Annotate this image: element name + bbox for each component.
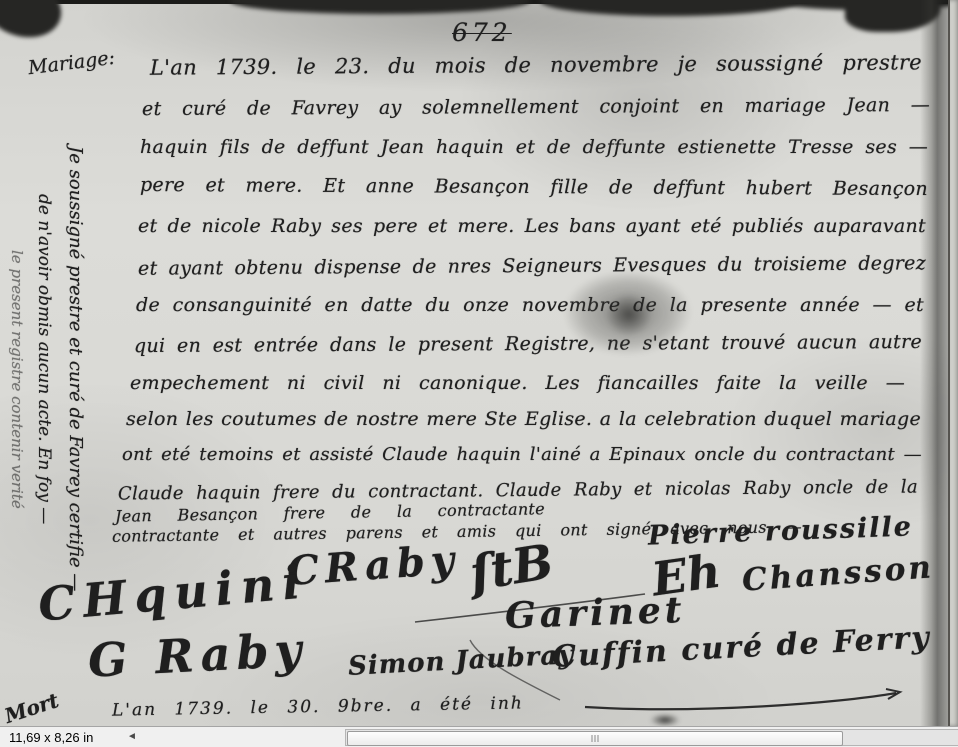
status-bar: 11,69 x 8,26 in ◄ (0, 726, 958, 747)
record-line: qui en est entrée dans le present Regist… (134, 327, 922, 361)
signature-paraph: ſtB (466, 534, 557, 602)
record-line: ont eté temoins et assisté Claude haquin… (122, 440, 922, 470)
horizontal-scrollbar-track[interactable] (345, 729, 958, 746)
next-entry-line: L'an 1739. le 30. 9bre. a été inh (112, 693, 524, 720)
record-line: et de nicole Raby ses pere et mere. Les … (138, 211, 926, 241)
record-line: et curé de Favrey ay solemnellement conj… (142, 90, 930, 124)
margin-note-col3: le present registre contenir verité (8, 250, 26, 509)
record-line: pere et mere. Et anne Besançon fille de … (140, 170, 928, 204)
margin-note-mort: Mort (2, 688, 62, 728)
torn-corner-left (0, 0, 69, 47)
margin-note-col2: de n'avoir obmis aucun acte. En foy — (34, 194, 54, 524)
scan-canvas[interactable]: 672 Mariage: L'an 1739. le 23. du mois d… (0, 0, 958, 726)
record-line: L'an 1739. le 23. du mois de novembre je… (150, 47, 922, 82)
record-line: selon les coutumes de nostre mere Ste Eg… (126, 404, 921, 434)
signature-simon-jaubray: Simon Jaubray (347, 640, 575, 682)
torn-edge-blob (540, 0, 800, 16)
record-line: empechement ni civil ni canonique. Les f… (130, 368, 905, 398)
margin-heading: Mariage: (27, 47, 116, 79)
image-viewer-window: 672 Mariage: L'an 1739. le 23. du mois d… (0, 0, 958, 747)
signature-garinet: Garinet (504, 589, 686, 637)
signature-chansson: Chansson (741, 549, 935, 598)
page-number: 672 (452, 18, 512, 47)
page-size-label: 11,69 x 8,26 in (9, 730, 93, 745)
ink-blot (598, 286, 660, 344)
horizontal-scrollbar-thumb[interactable] (347, 731, 843, 746)
record-line: de consanguinité en datte du onze novemb… (136, 290, 924, 320)
adjacent-page-edge (948, 0, 958, 726)
scroll-left-arrow-icon[interactable]: ◄ (127, 731, 137, 742)
record-line: et ayant obtenu dispense de nres Seigneu… (138, 248, 926, 284)
scrollbar-grip-icon (592, 735, 599, 742)
signature-g-raby: G Raby (87, 622, 309, 687)
record-line: haquin fils de deffunt Jean haquin et de… (140, 132, 928, 162)
torn-edge-blob (230, 0, 530, 14)
margin-note-col1: Je soussigné prestre et curé de Favrey c… (65, 146, 86, 591)
